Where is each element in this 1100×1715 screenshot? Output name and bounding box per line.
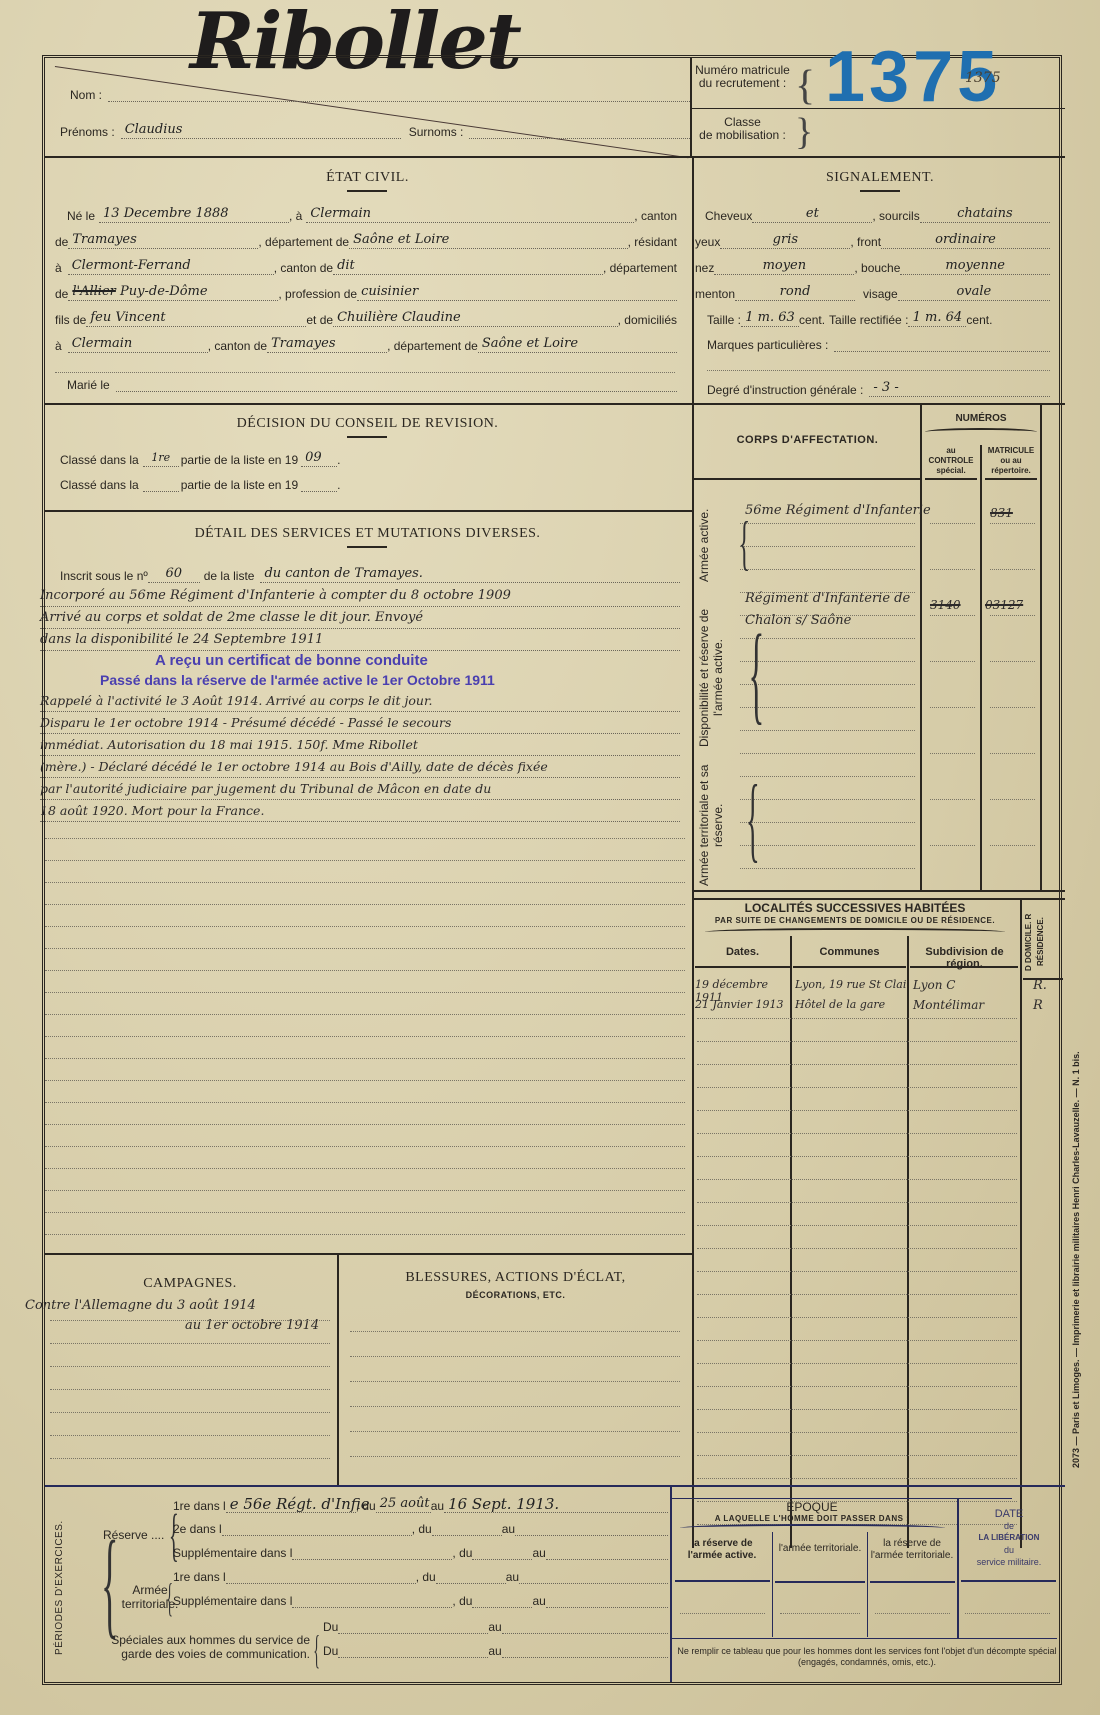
localite-subdivision: Lyon C	[913, 978, 1018, 992]
services-line: 18 août 1920. Mort pour la France.	[40, 800, 680, 822]
residant-label: , résidant	[628, 235, 677, 249]
etat-civil-title: ÉTAT CIVIL.	[45, 170, 690, 186]
degre-instruction-label: Degré d'instruction générale :	[707, 383, 863, 397]
services-line: par l'autorité judiciaire par jugement d…	[40, 778, 680, 800]
marie-row: Marié le	[67, 376, 677, 392]
sourcils-label: , sourcils	[872, 209, 919, 223]
annee-field[interactable]: 09	[301, 450, 337, 467]
liste-label: de la liste	[204, 569, 255, 583]
du-label: Du	[323, 1644, 338, 1658]
au-field[interactable]	[515, 1520, 668, 1536]
corps-affectation-title: CORPS D'AFFECTATION.	[695, 434, 920, 446]
brace-icon	[705, 928, 1005, 936]
marie-le-label: Marié le	[67, 378, 110, 392]
blessures-title: BLESSURES, ACTIONS D'ÉCLAT,	[339, 1270, 692, 1286]
sourcils-field[interactable]: chatains	[920, 206, 1050, 223]
periodes-exercices-label: PÉRIODES D'EXERCICES.	[53, 1503, 87, 1673]
localite-subdivision: Montélimar	[913, 998, 1018, 1012]
period: .	[337, 453, 340, 467]
du-field[interactable]	[436, 1568, 506, 1584]
taille-row: Taille : 1 m. 63 cent. Taille rectifiée …	[707, 310, 1052, 327]
front-field[interactable]: ordinaire	[881, 232, 1050, 249]
blessures-subtitle: DÉCORATIONS, ETC.	[339, 1290, 692, 1300]
inscrit-row: Inscrit sous le nº 60 de la liste du can…	[60, 566, 680, 583]
cheveux-field[interactable]: et	[752, 206, 872, 223]
canton-residence-field[interactable]: dit	[333, 258, 603, 275]
brace-icon: {	[166, 1573, 173, 1623]
brace-icon: }	[795, 110, 813, 154]
localite-commune: Hôtel de la gare	[795, 998, 907, 1011]
du-field[interactable]	[338, 1618, 488, 1634]
cheveux-row: Cheveux et , sourcils chatains	[705, 206, 1050, 223]
taille-field[interactable]: 1 m. 63	[741, 310, 799, 327]
nez-row: nez moyen , bouche moyenne	[695, 258, 1050, 275]
du-field[interactable]	[432, 1520, 502, 1536]
canton-label: , canton	[634, 209, 677, 223]
certificat-stamp: A reçu un certificat de bonne conduite	[155, 652, 428, 669]
visage-label: visage	[863, 287, 898, 301]
departement-domicile-field[interactable]: Saône et Loire	[478, 336, 677, 353]
domicile-row: à Clermain , canton de Tramayes , départ…	[55, 336, 677, 353]
classe-label: Classé dans la	[60, 453, 139, 467]
periode-row-speciales-2: Du au	[323, 1642, 668, 1658]
cheveux-label: Cheveux	[705, 209, 752, 223]
departement-residence-label: , département	[603, 261, 677, 275]
residence-field[interactable]: Clermont-Ferrand	[68, 258, 274, 275]
periode-row-reserve-2: 2e dans l , du au	[173, 1520, 668, 1536]
reserve-label: Réserve ....	[103, 1528, 164, 1542]
departement-naissance-field[interactable]: Saône et Loire	[349, 232, 628, 249]
prenoms-row: Prénoms : Claudius Surnoms :	[60, 122, 690, 139]
degre-instruction-field[interactable]: - 3 -	[869, 380, 1050, 397]
classe-mobilisation-field[interactable]	[825, 118, 1045, 148]
partie-label: partie de la liste en 19	[181, 453, 298, 467]
au-label: au	[431, 1499, 444, 1513]
departement-label: , département de	[258, 235, 349, 249]
au-field[interactable]: 16 Sept. 1913.	[444, 1496, 668, 1513]
degre-instruction-row: Degré d'instruction générale : - 3 -	[707, 380, 1050, 397]
periode-prefix: Supplémentaire dans l	[173, 1594, 292, 1608]
au-field[interactable]	[502, 1642, 668, 1658]
matricule-handwritten: 1375	[965, 70, 1001, 86]
col-dates-header: Dates.	[695, 946, 790, 958]
services-line: immédiat. Autorisation du 18 mai 1915. 1…	[40, 734, 680, 756]
bouche-field[interactable]: moyenne	[900, 258, 1050, 275]
periode-corps-field[interactable]: e 56e Régt. d'Infie	[226, 1496, 356, 1513]
taille-rectifiee-unit: cent.	[966, 313, 992, 327]
localite-dr: R	[1033, 998, 1043, 1013]
departement-residence-field[interactable]: l'Allier Puy-de-Dôme	[68, 284, 278, 301]
profession-row: de l'Allier Puy-de-Dôme , profession de …	[55, 284, 677, 301]
de-label: de	[55, 287, 68, 301]
campagnes-title: CAMPAGNES.	[45, 1276, 335, 1292]
localite-date: 21 Janvier 1913	[695, 998, 790, 1011]
departement-struck-value: l'Allier	[72, 284, 116, 299]
du-label: , du	[356, 1499, 376, 1513]
localite-dr: R.	[1033, 978, 1047, 993]
services-line: Incorporé au 56me Régiment d'Infanterie …	[40, 585, 680, 607]
campagne-line-1: Contre l'Allemagne du 3 août 1914	[25, 1298, 256, 1313]
periode-row-territoriale-supp: Supplémentaire dans l , du au	[173, 1592, 668, 1608]
surnoms-field[interactable]	[469, 123, 690, 139]
departement-domicile-label: , département de	[387, 339, 478, 353]
nom-label: Nom :	[70, 88, 102, 102]
periode-prefix: 1re dans l	[173, 1570, 226, 1584]
au-field[interactable]	[502, 1618, 668, 1634]
taille-label: Taille :	[707, 313, 741, 327]
naissance-row: Né le 13 Decembre 1888 , à Clermain , ca…	[67, 206, 677, 223]
epoque-title: ÉPOQUE	[672, 1500, 952, 1514]
au-label: au	[506, 1570, 519, 1584]
inscrit-num-field[interactable]: 60	[148, 566, 200, 583]
de-label: de	[55, 235, 68, 249]
services-text-block-2: Rappelé à l'activité le 3 Août 1914. Arr…	[40, 690, 680, 822]
services-line: Rappelé à l'activité le 3 Août 1914. Arr…	[40, 690, 680, 712]
inscrit-label: Inscrit sous le nº	[60, 569, 148, 583]
du-label: , du	[452, 1594, 472, 1608]
localites-title: LOCALITÉS SUCCESSIVES HABITÉES	[695, 901, 1015, 915]
surnoms-label: Surnoms :	[409, 125, 464, 139]
profession-label: , profession de	[278, 287, 357, 301]
periode-row-territoriale-1: 1re dans l , du au	[173, 1568, 668, 1584]
du-field[interactable]	[338, 1642, 488, 1658]
au-label: au	[532, 1546, 545, 1560]
canton-domicile-label: , canton de	[208, 339, 267, 353]
printer-imprint: 2073 — Paris et Limoges. — Imprimerie et…	[1068, 960, 1084, 1560]
canton-domicile-field[interactable]: Tramayes	[267, 336, 387, 353]
taille-rectifiee-field[interactable]: 1 m. 64	[908, 310, 966, 327]
brace-icon: {	[746, 753, 760, 883]
classe-label: Classé dans la	[60, 478, 139, 492]
nom-row: Nom :	[70, 88, 690, 102]
front-label: , front	[850, 235, 881, 249]
a-label: à	[55, 261, 62, 275]
periode-corps-field[interactable]	[292, 1544, 452, 1560]
brace-icon: {	[795, 62, 815, 110]
ne-le-label: Né le	[67, 209, 95, 223]
au-label: au	[488, 1620, 501, 1634]
au-field[interactable]	[546, 1592, 668, 1608]
reserve-stamp: Passé dans la réserve de l'armée active …	[100, 672, 495, 688]
lieu-naissance-label: , à	[289, 209, 302, 223]
localite-commune: Lyon, 19 rue St Claire (2e)	[795, 978, 907, 991]
marques-field[interactable]	[834, 336, 1050, 352]
registre-matricule-page: Nom : Prénoms : Claudius Surnoms : Numér…	[42, 55, 1062, 1685]
periode-prefix: 2e dans l	[173, 1522, 222, 1536]
lieu-naissance-field[interactable]: Clermain	[306, 206, 634, 223]
partie-field[interactable]: 1re	[143, 450, 179, 467]
canton-row: de Tramayes , département de Saône et Lo…	[55, 232, 677, 249]
signalement-title: SIGNALEMENT.	[695, 170, 1065, 186]
au-label: au	[488, 1644, 501, 1658]
date-liberation-header: DATE de LA LIBÉRATION du service militai…	[959, 1508, 1059, 1568]
date-naissance-field[interactable]: 13 Decembre 1888	[99, 206, 289, 223]
du-label: Du	[323, 1620, 338, 1634]
fils-de-label: fils de	[55, 313, 86, 327]
nez-field[interactable]: moyen	[714, 258, 854, 275]
col-communes-header: Communes	[792, 946, 907, 958]
domicilies-label: , domiciliés	[618, 313, 677, 327]
periode-row-reserve-1: 1re dans l e 56e Régt. d'Infie , du 25 a…	[173, 1496, 668, 1513]
annee-field[interactable]	[301, 476, 337, 492]
periode-prefix: Supplémentaire dans l	[173, 1546, 292, 1560]
periode-prefix: 1re dans l	[173, 1499, 226, 1513]
services-line: (mère.) - Déclaré décédé le 1er octobre …	[40, 756, 680, 778]
marques-label: Marques particulières :	[707, 338, 828, 352]
services-title: DÉTAIL DES SERVICES ET MUTATIONS DIVERSE…	[45, 526, 690, 542]
taille-unit: cent.	[799, 313, 825, 327]
services-text-block-1: Incorporé au 56me Régiment d'Infanterie …	[40, 585, 680, 651]
yeux-label: yeux	[695, 235, 720, 249]
yeux-row: yeux gris , front ordinaire	[695, 232, 1050, 249]
du-field[interactable]	[472, 1544, 532, 1560]
col-reserve-armee-active: la réserve de l'armée active.	[673, 1538, 771, 1562]
classe-row-2: Classé dans la partie de la liste en 19 …	[60, 476, 340, 492]
epoque-note: Ne remplir ce tableau que pour les homme…	[677, 1646, 1057, 1668]
du-label: , du	[412, 1522, 432, 1536]
periode-corps-field[interactable]	[222, 1520, 412, 1536]
parents-row: fils de feu Vincent et de Chuilière Clau…	[55, 310, 677, 327]
bouche-label: , bouche	[854, 261, 900, 275]
disponibilite-matricule: 03127	[985, 598, 1023, 612]
canton-residence-label: , canton de	[274, 261, 333, 275]
du-label: , du	[416, 1570, 436, 1584]
periode-row-reserve-supp: Supplémentaire dans l , du au	[173, 1544, 668, 1560]
profession-field[interactable]: cuisinier	[357, 284, 677, 301]
liste-field[interactable]: du canton de Tramayes.	[260, 566, 680, 583]
col-armee-territoriale: l'armée territoriale.	[773, 1543, 867, 1555]
matricule-label: Numéro matricule du recrutement :	[695, 64, 790, 90]
brace-icon: {	[313, 1625, 320, 1675]
menton-row: menton rond visage ovale	[695, 284, 1050, 301]
classe-row-1: Classé dans la 1re partie de la liste en…	[60, 450, 340, 467]
period: .	[337, 478, 340, 492]
classe-mobilisation-label: Classe de mobilisation :	[695, 116, 790, 142]
col-reserve-armee-territoriale: la réserve de l'armée territoriale.	[868, 1538, 956, 1562]
du-field[interactable]: 25 août	[376, 1496, 431, 1513]
residence-row: à Clermont-Ferrand , canton de dit , dép…	[55, 258, 677, 275]
marie-field[interactable]	[116, 376, 677, 392]
matricule-repertoire-header: MATRICULE ou au répertoire.	[983, 446, 1039, 476]
au-field[interactable]	[546, 1544, 668, 1560]
periode-row-speciales-1: Du au	[323, 1618, 668, 1634]
canton-naissance-field[interactable]: Tramayes	[68, 232, 258, 249]
partie-label: partie de la liste en 19	[181, 478, 298, 492]
brace-icon	[680, 1524, 945, 1532]
armee-territoriale-label: Armée territoriale et sa réserve.	[697, 763, 731, 888]
prenoms-field[interactable]: Claudius	[121, 122, 401, 139]
partie-field[interactable]	[143, 476, 179, 492]
disponibilite-controle: 3140	[930, 598, 961, 612]
epoque-subtitle: A LAQUELLE L'HOMME DOIT PASSER DANS :	[672, 1514, 952, 1523]
disponibilite-entry: Régiment d'Infanterie de Chalon s/ Saône	[745, 588, 920, 632]
du-field[interactable]	[472, 1592, 532, 1608]
diagonal-strike-line	[55, 66, 689, 158]
numeros-title: NUMÉROS	[922, 413, 1040, 424]
periode-corps-field[interactable]	[226, 1568, 416, 1584]
services-line: dans la disponibilité le 24 Septembre 19…	[40, 629, 680, 651]
brace-icon	[925, 428, 1037, 436]
au-field[interactable]	[519, 1568, 668, 1584]
conseil-revision-title: DÉCISION DU CONSEIL DE REVISION.	[45, 416, 690, 432]
periode-corps-field[interactable]	[292, 1592, 452, 1608]
armee-active-label: Armée active.	[697, 498, 731, 593]
au-label: au	[532, 1594, 545, 1608]
armee-active-entry: 56me Régiment d'Infanterie	[745, 503, 931, 518]
mere-field[interactable]: Chuilière Claudine	[333, 310, 618, 327]
disponibilite-reserve-label: Disponibilité et réserve de l'armée acti…	[697, 603, 731, 753]
taille-rectifiee-label: Taille rectifiée :	[829, 313, 908, 327]
pere-field[interactable]: feu Vincent	[86, 310, 306, 327]
speciales-label: Spéciales aux hommes du service de garde…	[85, 1633, 310, 1661]
services-line: Arrivé au corps et soldat de 2me classe …	[40, 607, 680, 629]
du-label: , du	[452, 1546, 472, 1560]
services-line: Disparu le 1er octobre 1914 - Présumé dé…	[40, 712, 680, 734]
armee-active-matricule: 831	[990, 506, 1013, 520]
yeux-field[interactable]: gris	[720, 232, 850, 249]
nez-label: nez	[695, 261, 714, 275]
localites-subtitle: PAR SUITE DE CHANGEMENTS DE DOMICILE OU …	[695, 916, 1015, 925]
departement-corrected-value: Puy-de-Dôme	[120, 284, 208, 299]
marques-row: Marques particulières :	[707, 336, 1050, 352]
menton-label: menton	[695, 287, 735, 301]
et-de-label: et de	[306, 313, 333, 327]
domicile-field[interactable]: Clermain	[68, 336, 208, 353]
prenoms-label: Prénoms :	[60, 125, 115, 139]
col-domicile-residence-header: D DOMICILE. R RÉSIDENCE.	[1023, 906, 1063, 978]
au-label: au	[502, 1522, 515, 1536]
controle-special-header: au CONTROLE spécial.	[923, 446, 979, 476]
visage-field[interactable]: ovale	[898, 284, 1050, 301]
menton-field[interactable]: rond	[735, 284, 855, 301]
a-label: à	[55, 339, 62, 353]
